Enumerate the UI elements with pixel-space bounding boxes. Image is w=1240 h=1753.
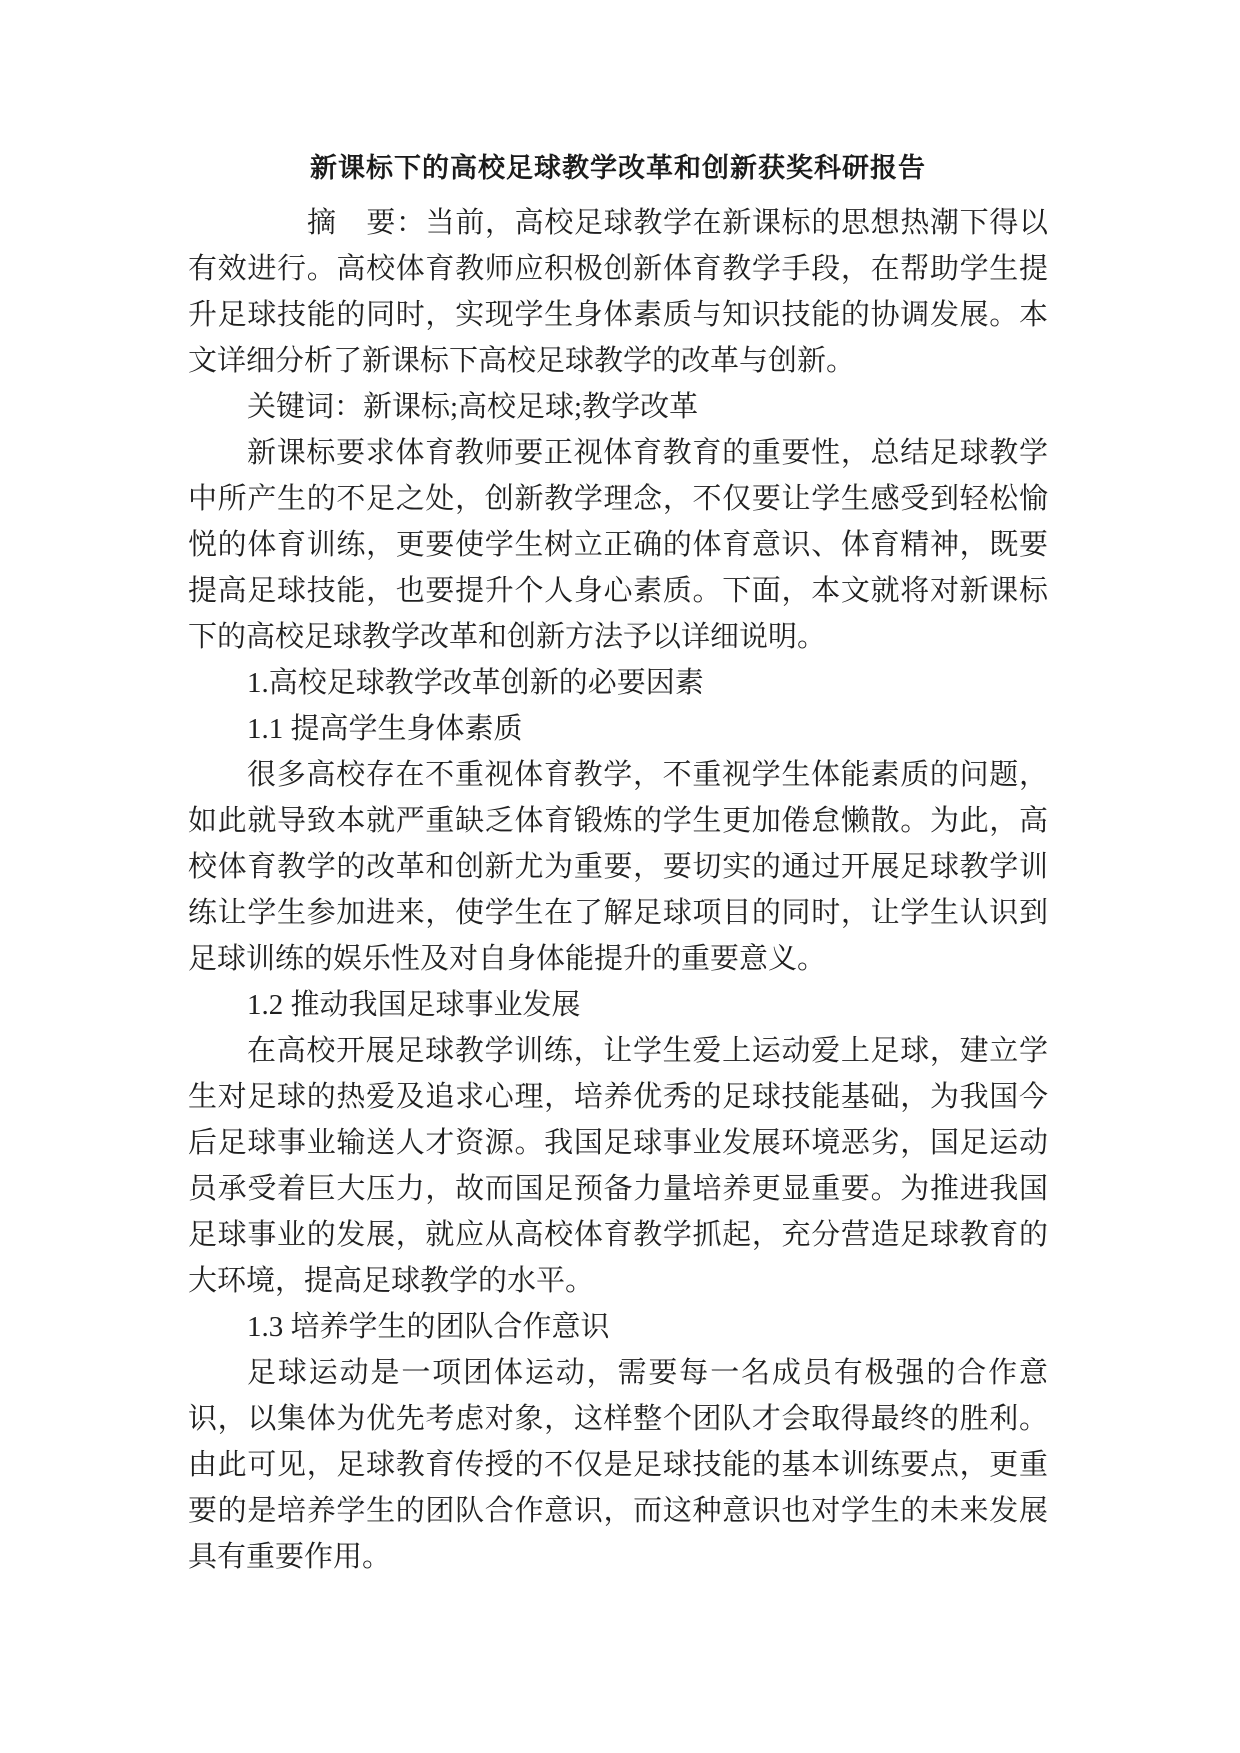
keywords-line: 关键词：新课标;高校足球;教学改革 (188, 384, 1048, 430)
subsection-heading-1-1: 1.1 提高学生身体素质 (188, 706, 1048, 752)
section-heading-1: 1.高校足球教学改革创新的必要因素 (188, 660, 1048, 706)
intro-paragraph: 新课标要求体育教师要正视体育教育的重要性，总结足球教学中所产生的不足之处，创新教… (188, 430, 1048, 660)
paragraph-1-1: 很多高校存在不重视体育教学，不重视学生体能素质的问题，如此就导致本就严重缺乏体育… (188, 752, 1048, 982)
document-page: 新课标下的高校足球教学改革和创新获奖科研报告 摘 要：当前，高校足球教学在新课标… (0, 0, 1240, 1753)
document-title: 新课标下的高校足球教学改革和创新获奖科研报告 (188, 150, 1048, 186)
document-content: 新课标下的高校足球教学改革和创新获奖科研报告 摘 要：当前，高校足球教学在新课标… (188, 150, 1048, 1580)
subsection-heading-1-3: 1.3 培养学生的团队合作意识 (188, 1304, 1048, 1350)
subsection-heading-1-2: 1.2 推动我国足球事业发展 (188, 982, 1048, 1028)
abstract-paragraph: 摘 要：当前，高校足球教学在新课标的思想热潮下得以有效进行。高校体育教师应积极创… (188, 200, 1048, 384)
paragraph-1-3: 足球运动是一项团体运动，需要每一名成员有极强的合作意识，以集体为优先考虑对象，这… (188, 1350, 1048, 1580)
paragraph-1-2: 在高校开展足球教学训练，让学生爱上运动爱上足球，建立学生对足球的热爱及追求心理，… (188, 1028, 1048, 1304)
